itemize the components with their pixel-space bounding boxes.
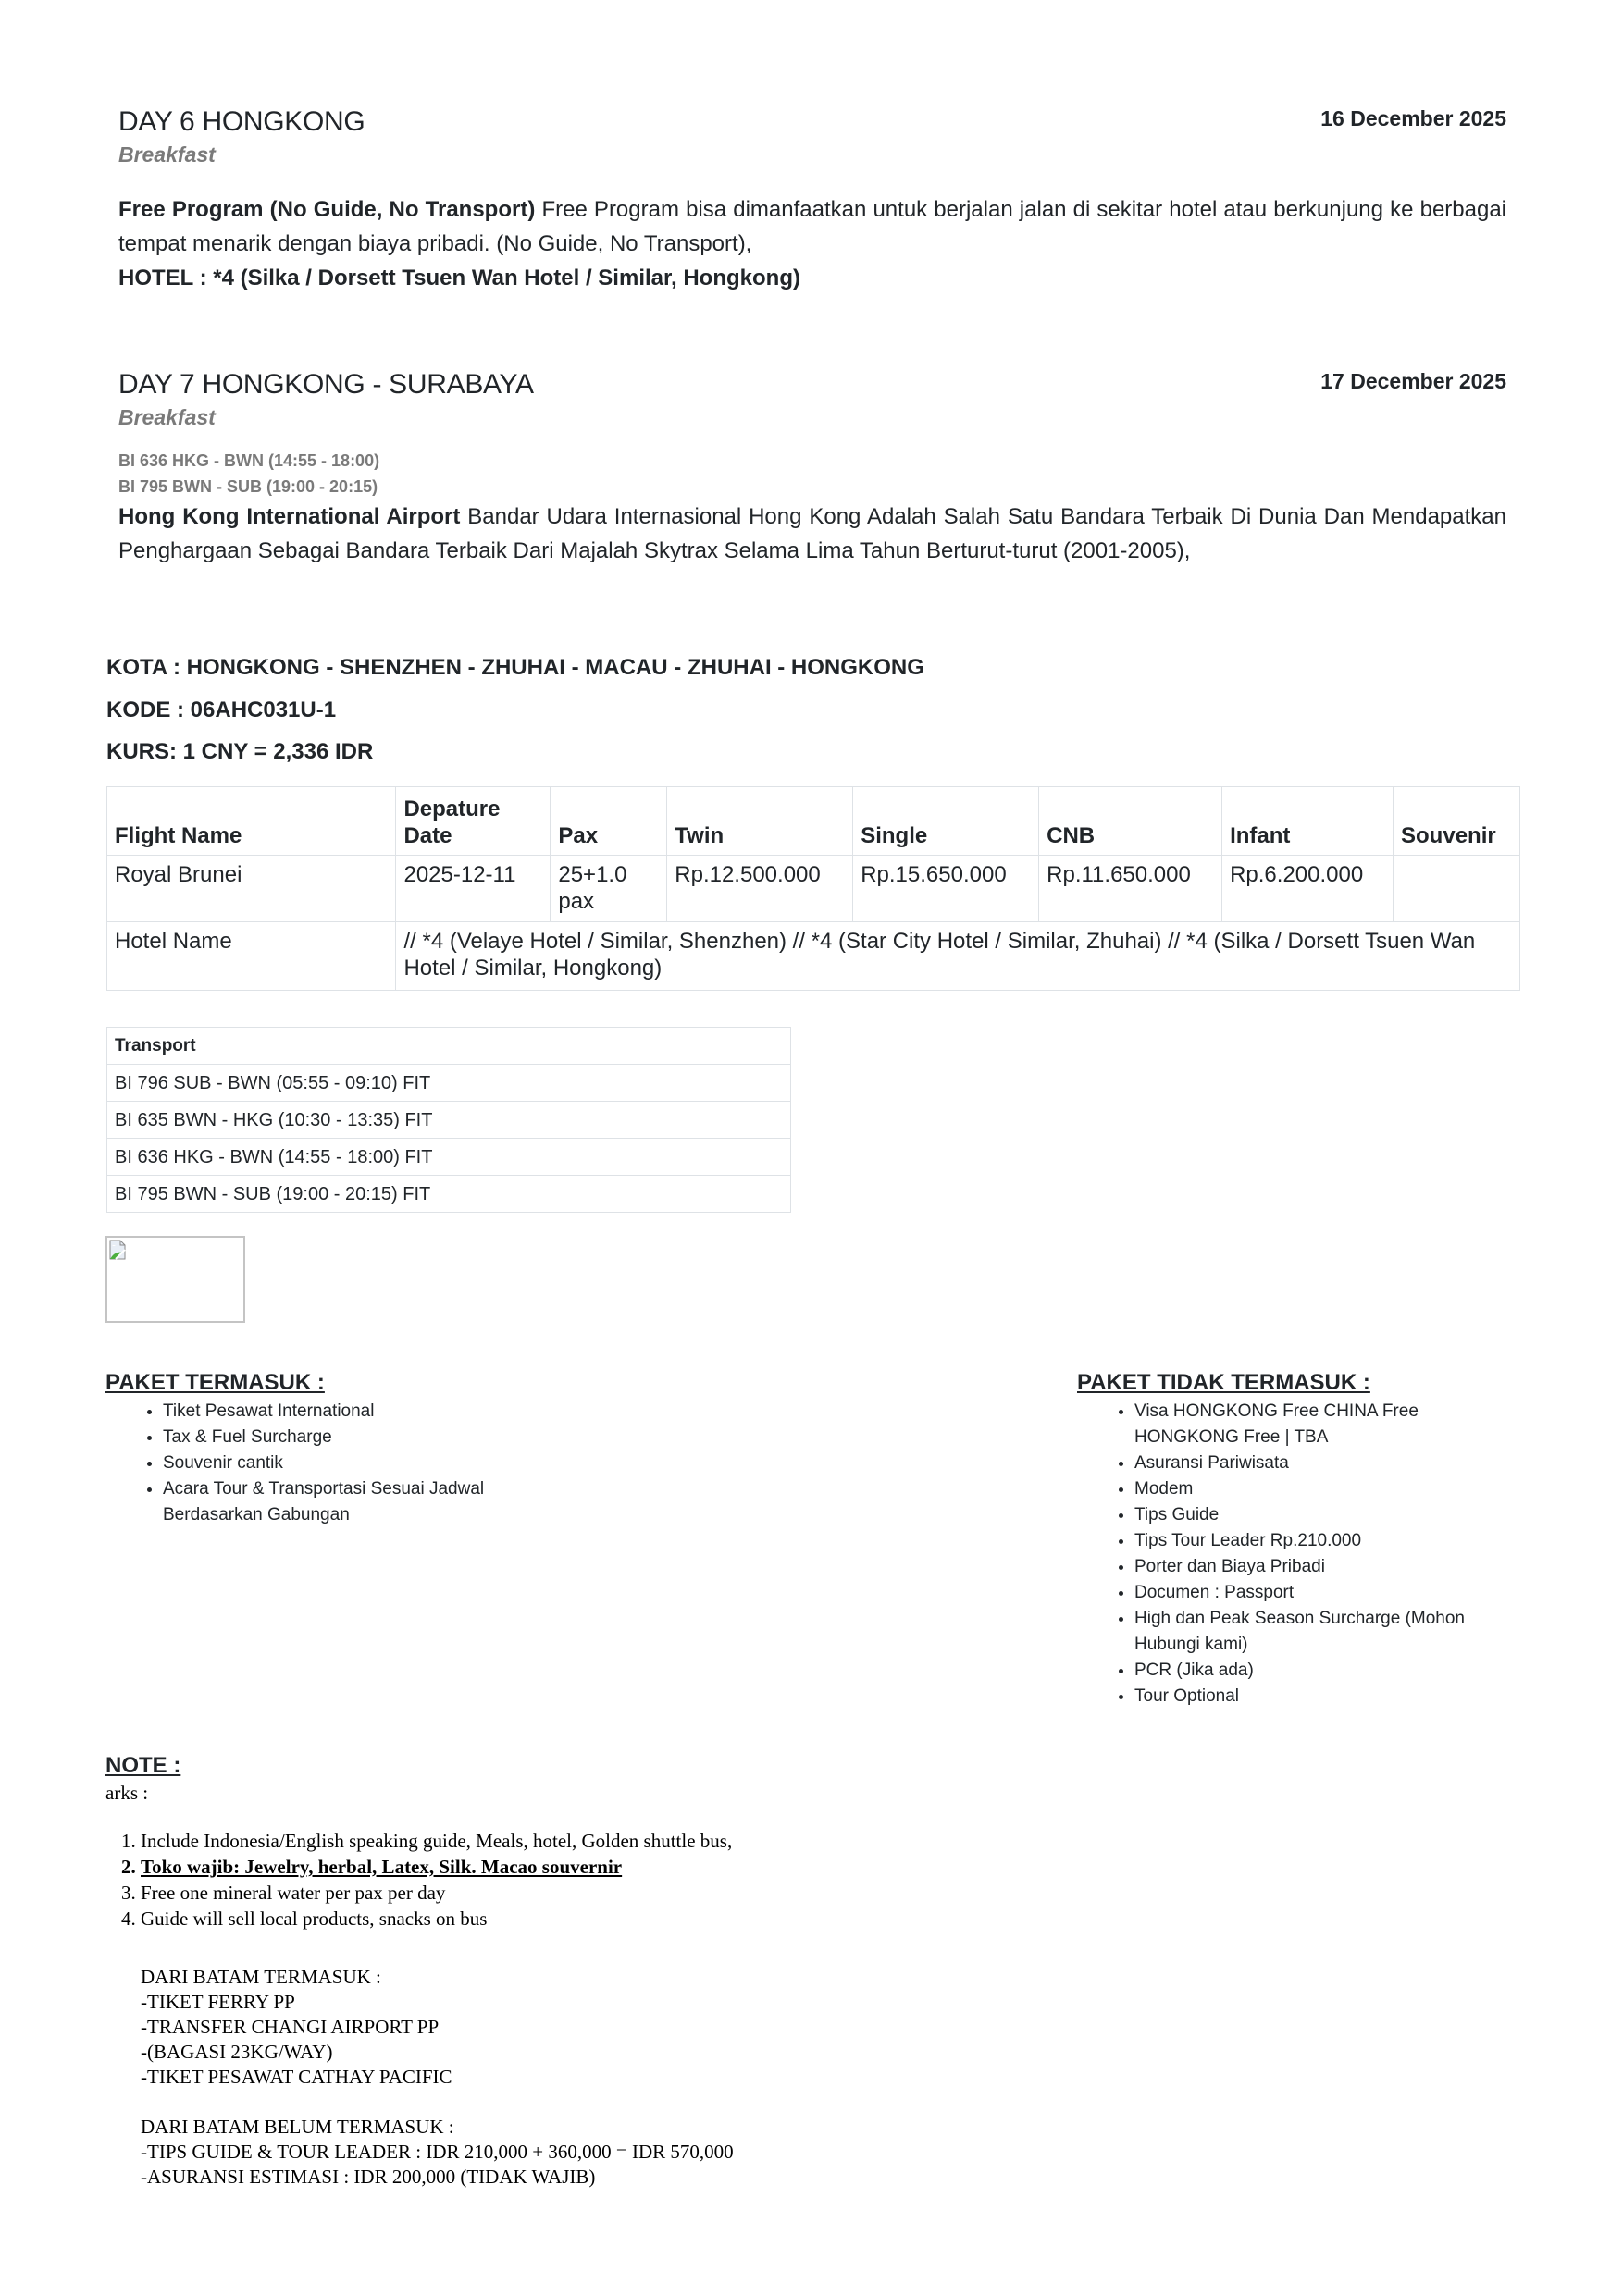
list-item: Asuransi Pariwisata — [1134, 1450, 1503, 1476]
list-item: High dan Peak Season Surcharge (Mohon Hu… — [1134, 1606, 1503, 1658]
program-title: Free Program (No Guide, No Transport) — [118, 197, 535, 222]
transport-cell: BI 796 SUB - BWN (05:55 - 09:10) FIT — [107, 1065, 791, 1102]
list-item: Guide will sell local products, snacks o… — [141, 1906, 1031, 1932]
list-item: Modem — [1134, 1476, 1503, 1502]
pax-cell: 25+1.0 pax — [551, 856, 667, 922]
included-list: Tiket Pesawat International Tax & Fuel S… — [105, 1399, 550, 1528]
day-6-section: DAY 6 HONGKONG 16 December 2025 Breakfas… — [118, 104, 1506, 295]
day-date: 16 December 2025 — [1320, 104, 1506, 133]
price-table: Flight Name Depature Date Pax Twin Singl… — [106, 786, 1520, 991]
list-item: Acara Tour & Transportasi Sesuai Jadwal … — [163, 1476, 550, 1528]
day-7-section: DAY 7 HONGKONG - SURABAYA 17 December 20… — [118, 366, 1506, 568]
cnb-price-cell: Rp.11.650.000 — [1039, 856, 1222, 922]
column-header: Flight Name — [107, 787, 396, 856]
flight-line: BI 795 BWN - SUB (19:00 - 20:15) — [118, 474, 1506, 500]
broken-image-icon — [109, 1240, 126, 1260]
infant-price-cell: Rp.6.200.000 — [1222, 856, 1394, 922]
batam-notes: DARI BATAM TERMASUK : -TIKET FERRY PP -T… — [105, 1965, 1031, 2190]
column-header: Transport — [107, 1028, 791, 1065]
transport-cell: BI 795 BWN - SUB (19:00 - 20:15) FIT — [107, 1176, 791, 1213]
day-description: Free Program (No Guide, No Transport) Fr… — [118, 192, 1506, 261]
table-row: BI 795 BWN - SUB (19:00 - 20:15) FIT — [107, 1176, 791, 1213]
transport-table: Transport BI 796 SUB - BWN (05:55 - 09:1… — [106, 1027, 791, 1213]
package-excluded: PAKET TIDAK TERMASUK : Visa HONGKONG Fre… — [1077, 1369, 1503, 1710]
note-section: NOTE : arks : Include Indonesia/English … — [105, 1752, 1031, 2190]
hotel-name-value: // *4 (Velaye Hotel / Similar, Shenzhen)… — [396, 922, 1520, 991]
batam-line: DARI BATAM TERMASUK : — [141, 1965, 1031, 1990]
day-title: DAY 6 HONGKONG — [118, 104, 1506, 141]
list-item: Free one mineral water per pax per day — [141, 1880, 1031, 1906]
table-row: BI 636 HKG - BWN (14:55 - 18:00) FIT — [107, 1139, 791, 1176]
list-item: Toko wajib: Jewelry, herbal, Latex, Silk… — [141, 1854, 1031, 1880]
column-header: Souvenir — [1394, 787, 1520, 856]
column-header: Pax — [551, 787, 667, 856]
twin-price-cell: Rp.12.500.000 — [667, 856, 853, 922]
list-item: Tour Optional — [1134, 1684, 1503, 1710]
list-item: Porter dan Biaya Pribadi — [1134, 1554, 1503, 1580]
list-item: Visa HONGKONG Free CHINA Free HONGKONG F… — [1134, 1399, 1503, 1450]
table-row: BI 635 BWN - HKG (10:30 - 13:35) FIT — [107, 1102, 791, 1139]
meal-label: Breakfast — [118, 403, 1506, 431]
table-row: Hotel Name // *4 (Velaye Hotel / Similar… — [107, 922, 1520, 991]
column-header: Depature Date — [396, 787, 551, 856]
transport-cell: BI 635 BWN - HKG (10:30 - 13:35) FIT — [107, 1102, 791, 1139]
column-header: Single — [853, 787, 1039, 856]
table-header-row: Flight Name Depature Date Pax Twin Singl… — [107, 787, 1520, 856]
batam-line: -TIKET FERRY PP — [141, 1990, 1031, 2015]
day-description: Hong Kong International Airport Bandar U… — [118, 500, 1506, 568]
day-date: 17 December 2025 — [1320, 366, 1506, 396]
hotel-name-label: Hotel Name — [107, 922, 396, 991]
kurs-line: KURS: 1 CNY = 2,336 IDR — [106, 738, 373, 766]
table-row: Royal Brunei 2025-12-11 25+1.0 pax Rp.12… — [107, 856, 1520, 922]
departure-date-cell: 2025-12-11 — [396, 856, 551, 922]
table-row: BI 796 SUB - BWN (05:55 - 09:10) FIT — [107, 1065, 791, 1102]
note-title: NOTE : — [105, 1752, 1031, 1780]
note-list: Include Indonesia/English speaking guide… — [105, 1828, 1031, 1932]
day-header: DAY 7 HONGKONG - SURABAYA 17 December 20… — [118, 366, 1506, 403]
day-header: DAY 6 HONGKONG 16 December 2025 — [118, 104, 1506, 141]
section-title: PAKET TERMASUK : — [105, 1369, 550, 1397]
note-subtitle: arks : — [105, 1780, 1031, 1806]
transport-cell: BI 636 HKG - BWN (14:55 - 18:00) FIT — [107, 1139, 791, 1176]
column-header: CNB — [1039, 787, 1222, 856]
list-item: Tips Guide — [1134, 1502, 1503, 1528]
image-placeholder — [105, 1236, 245, 1323]
meal-label: Breakfast — [118, 141, 1506, 168]
list-item: Include Indonesia/English speaking guide… — [141, 1828, 1031, 1854]
kode-line: KODE : 06AHC031U-1 — [106, 697, 336, 724]
list-item: Tiket Pesawat International — [163, 1399, 550, 1425]
package-included: PAKET TERMASUK : Tiket Pesawat Internati… — [105, 1369, 550, 1528]
hotel-line: HOTEL : *4 (Silka / Dorsett Tsuen Wan Ho… — [118, 261, 1506, 295]
list-item: Tax & Fuel Surcharge — [163, 1425, 550, 1450]
kota-line: KOTA : HONGKONG - SHENZHEN - ZHUHAI - MA… — [106, 654, 924, 682]
single-price-cell: Rp.15.650.000 — [853, 856, 1039, 922]
batam-line: -ASURANSI ESTIMASI : IDR 200,000 (TIDAK … — [141, 2165, 1031, 2190]
column-header: Twin — [667, 787, 853, 856]
spacer — [141, 2090, 1031, 2115]
batam-line: DARI BATAM BELUM TERMASUK : — [141, 2115, 1031, 2140]
table-header-row: Transport — [107, 1028, 791, 1065]
flight-line: BI 636 HKG - BWN (14:55 - 18:00) — [118, 448, 1506, 474]
batam-line: -(BAGASI 23KG/WAY) — [141, 2040, 1031, 2065]
batam-line: -TRANSFER CHANGI AIRPORT PP — [141, 2015, 1031, 2040]
list-item: Souvenir cantik — [163, 1450, 550, 1476]
day-flights: BI 636 HKG - BWN (14:55 - 18:00) BI 795 … — [118, 448, 1506, 500]
program-title: Hong Kong International Airport — [118, 504, 460, 529]
list-item: PCR (Jika ada) — [1134, 1658, 1503, 1684]
batam-line: -TIPS GUIDE & TOUR LEADER : IDR 210,000 … — [141, 2140, 1031, 2165]
section-title: PAKET TIDAK TERMASUK : — [1077, 1369, 1503, 1397]
list-item: Tips Tour Leader Rp.210.000 — [1134, 1528, 1503, 1554]
flight-name-cell: Royal Brunei — [107, 856, 396, 922]
list-item: Documen : Passport — [1134, 1580, 1503, 1606]
batam-line: -TIKET PESAWAT CATHAY PACIFIC — [141, 2065, 1031, 2090]
column-header: Infant — [1222, 787, 1394, 856]
day-title: DAY 7 HONGKONG - SURABAYA — [118, 366, 1506, 403]
excluded-list: Visa HONGKONG Free CHINA Free HONGKONG F… — [1077, 1399, 1503, 1710]
souvenir-cell — [1394, 856, 1520, 922]
